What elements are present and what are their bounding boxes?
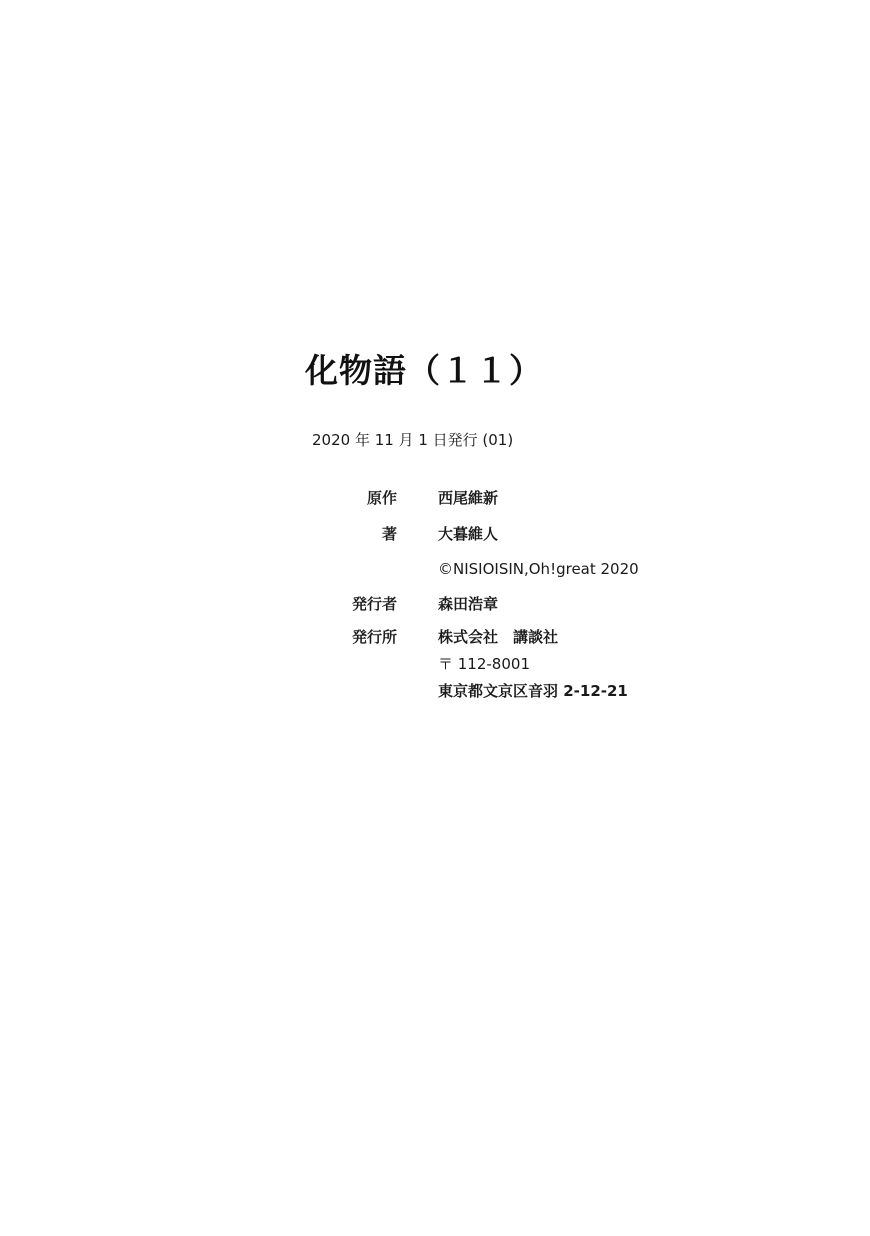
- colophon-label: 発行者: [352, 593, 397, 615]
- copyright-notice: ©NISIOISIN,Oh!great 2020: [438, 558, 639, 580]
- address: 東京都文京区音羽 2-12-21: [438, 680, 628, 702]
- colophon-row-original-work: 原作 西尾維新: [300, 487, 720, 509]
- colophon-row-postal-code: 〒 112-8001: [300, 653, 720, 675]
- colophon-row-publisher: 発行所 株式会社 講談社: [300, 626, 720, 648]
- colophon-row-publisher-person: 発行者 森田浩章: [300, 593, 720, 615]
- colophon-value: 西尾維新: [438, 487, 498, 509]
- issue-date: 2020 年 11 月 1 日発行 (01): [312, 430, 513, 450]
- colophon-value: 株式会社 講談社: [438, 626, 558, 648]
- colophon-value: 森田浩章: [438, 593, 498, 615]
- book-title: 化物語（１１）: [305, 351, 543, 391]
- colophon-row-address: 東京都文京区音羽 2-12-21: [300, 680, 720, 702]
- colophon-label: 著: [382, 523, 397, 545]
- colophon-label: 原作: [367, 487, 397, 509]
- colophon-row-author: 著 大暮維人: [300, 523, 720, 545]
- colophon-value: 大暮維人: [438, 523, 498, 545]
- colophon-label: 発行所: [352, 626, 397, 648]
- colophon-row-copyright: ©NISIOISIN,Oh!great 2020: [300, 558, 720, 580]
- postal-code: 〒 112-8001: [438, 653, 530, 675]
